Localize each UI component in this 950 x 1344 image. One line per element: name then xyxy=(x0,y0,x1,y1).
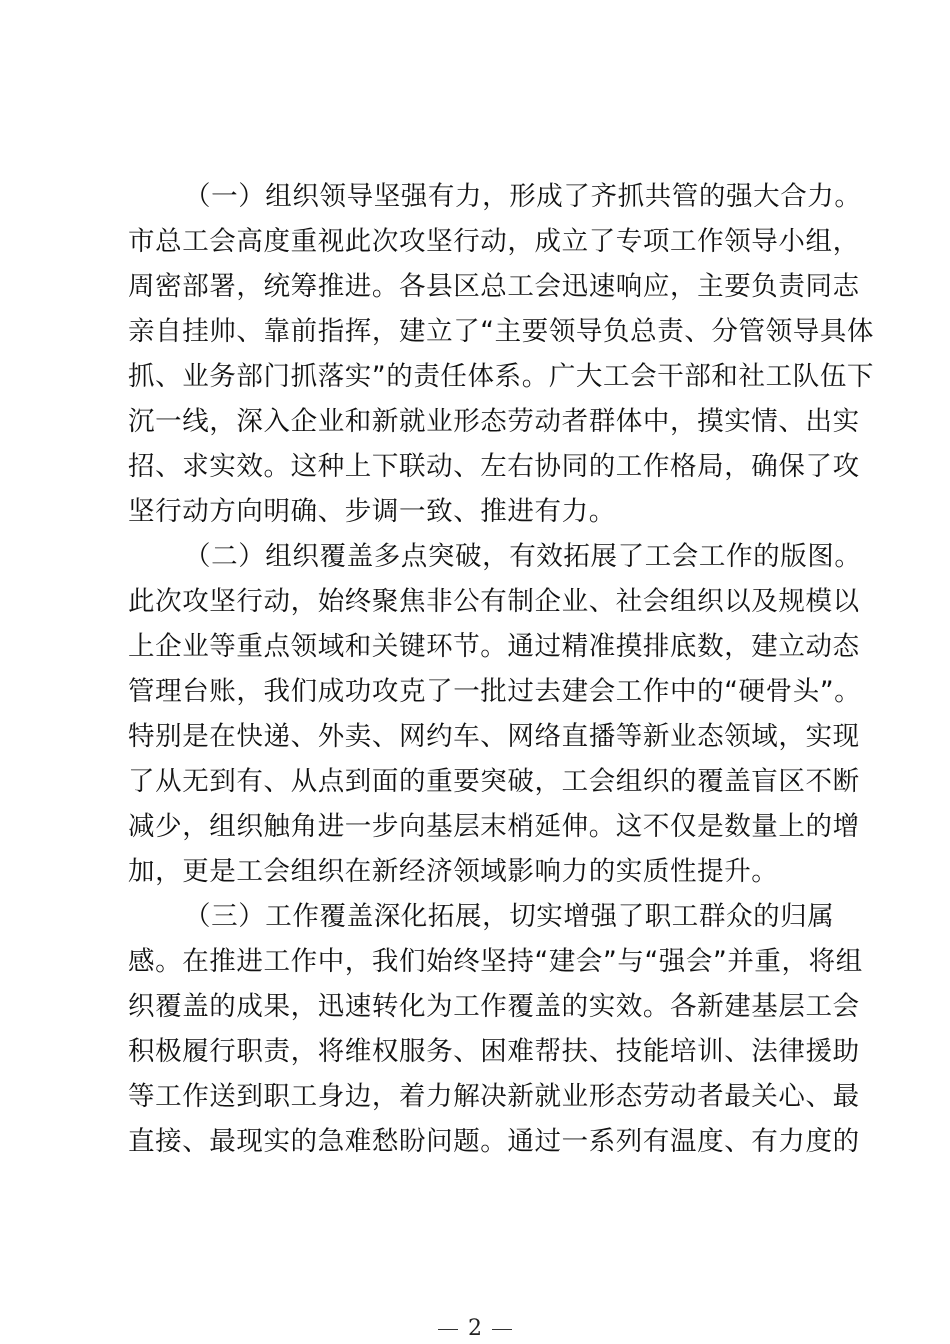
text-line: 坚行动方向明确、步调一致、推进有力。 xyxy=(128,489,838,534)
text-line: 感。在推进工作中，我们始终坚持“建会”与“强会”并重，将组 xyxy=(128,939,838,984)
text-line: 招、求实效。这种上下联动、左右协同的工作格局，确保了攻 xyxy=(128,444,838,489)
text-line: 市总工会高度重视此次攻坚行动，成立了专项工作领导小组， xyxy=(128,219,838,264)
text-line: 直接、最现实的急难愁盼问题。通过一系列有温度、有力度的 xyxy=(128,1119,838,1164)
paragraph-3: （三）工作覆盖深化拓展，切实增强了职工群众的归属 感。在推进工作中，我们始终坚持… xyxy=(128,894,838,1164)
text-line: 抓、业务部门抓落实”的责任体系。广大工会干部和社工队伍下 xyxy=(128,354,838,399)
paragraph-2: （二）组织覆盖多点突破，有效拓展了工会工作的版图。 此次攻坚行动，始终聚焦非公有… xyxy=(128,534,838,894)
text-line: 此次攻坚行动，始终聚焦非公有制企业、社会组织以及规模以 xyxy=(128,579,838,624)
paragraph-heading-line: （一）组织领导坚强有力，形成了齐抓共管的强大合力。 xyxy=(128,174,838,219)
footer-dash-right xyxy=(492,1329,512,1330)
paragraph-1: （一）组织领导坚强有力，形成了齐抓共管的强大合力。 市总工会高度重视此次攻坚行动… xyxy=(128,174,838,534)
text-line: 沉一线，深入企业和新就业形态劳动者群体中，摸实情、出实 xyxy=(128,399,838,444)
text-line: 上企业等重点领域和关键环节。通过精准摸排底数，建立动态 xyxy=(128,624,838,669)
paragraph-heading-line: （二）组织覆盖多点突破，有效拓展了工会工作的版图。 xyxy=(128,534,838,579)
footer-dash-left xyxy=(438,1329,458,1330)
page-number: 2 xyxy=(468,1316,482,1341)
page-footer: 2 xyxy=(0,1316,950,1341)
text-line: 周密部署，统筹推进。各县区总工会迅速响应，主要负责同志 xyxy=(128,264,838,309)
text-line: 织覆盖的成果，迅速转化为工作覆盖的实效。各新建基层工会 xyxy=(128,984,838,1029)
paragraph-heading-line: （三）工作覆盖深化拓展，切实增强了职工群众的归属 xyxy=(128,894,838,939)
text-line: 特别是在快递、外卖、网约车、网络直播等新业态领域，实现 xyxy=(128,714,838,759)
text-line: 了从无到有、从点到面的重要突破，工会组织的覆盖盲区不断 xyxy=(128,759,838,804)
text-line: 减少，组织触角进一步向基层末梢延伸。这不仅是数量上的增 xyxy=(128,804,838,849)
text-line: 等工作送到职工身边，着力解决新就业形态劳动者最关心、最 xyxy=(128,1074,838,1119)
document-body: （一）组织领导坚强有力，形成了齐抓共管的强大合力。 市总工会高度重视此次攻坚行动… xyxy=(128,174,838,1164)
text-line: 加，更是工会组织在新经济领域影响力的实质性提升。 xyxy=(128,849,838,894)
text-line: 积极履行职责，将维权服务、困难帮扶、技能培训、法律援助 xyxy=(128,1029,838,1074)
text-line: 亲自挂帅、靠前指挥，建立了“主要领导负总责、分管领导具体 xyxy=(128,309,838,354)
text-line: 管理台账，我们成功攻克了一批过去建会工作中的“硬骨头”。 xyxy=(128,669,838,714)
document-page: （一）组织领导坚强有力，形成了齐抓共管的强大合力。 市总工会高度重视此次攻坚行动… xyxy=(0,0,950,1344)
